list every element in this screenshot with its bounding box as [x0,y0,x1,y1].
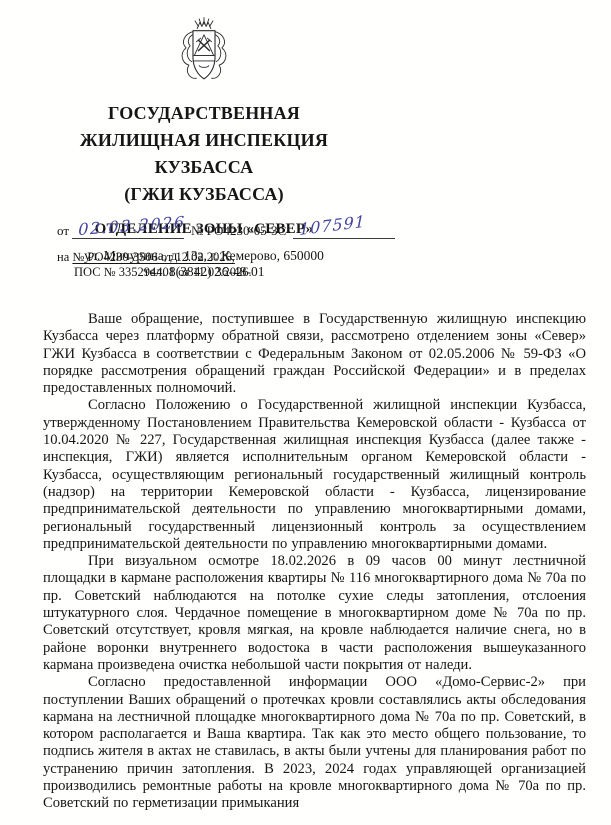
body-paragraph: Согласно Положению о Государственной жил… [43,397,586,553]
body-paragraph: Согласно предоставленной информации ООО … [43,674,586,812]
reply-reference-line-1: на № РО4230-3506 от 12.02.2026, [57,250,252,265]
organization-name-line: ГОСУДАРСТВЕННАЯ [0,100,408,127]
body-paragraph: При визуальном осмотре 18.02.2026 в 09 ч… [43,553,586,674]
reply-prefix: на [57,250,69,264]
coat-of-arms-icon [173,12,235,92]
letterhead: ГОСУДАРСТВЕННАЯ ЖИЛИЩНАЯ ИНСПЕКЦИЯ КУЗБА… [0,12,408,280]
ref-number-label: № РО4230-05-ЗС- [191,223,291,238]
organization-name: ГОСУДАРСТВЕННАЯ ЖИЛИЩНАЯ ИНСПЕКЦИЯ КУЗБА… [0,100,408,208]
outgoing-reference-line: от02.03.2026№ РО4230-05-ЗС-107591 [57,223,402,239]
organization-name-line: ЖИЛИЩНАЯ ИНСПЕКЦИЯ [0,127,408,154]
body-paragraph: Ваше обращение, поступившее в Государств… [43,311,586,397]
ref-from-label: от [57,223,69,238]
scanned-letter-page: ГОСУДАРСТВЕННАЯ ЖИЛИЩНАЯ ИНСПЕКЦИЯ КУЗБА… [0,0,611,825]
organization-name-line: КУЗБАССА [0,154,408,181]
ref-date-blank: 02.03.2026 [72,223,184,239]
organization-name-line: (ГЖИ КУЗБАССА) [0,181,408,208]
reply-number-underlined: № РО4230-3506 от 12.02.2026, [72,250,235,264]
letter-body: Ваше обращение, поступившее в Государств… [43,311,586,813]
reply-reference-block: на № РО4230-3506 от 12.02.2026, ПОС № 33… [57,250,252,280]
ref-number-blank: 107591 [293,223,395,239]
reply-reference-line-2: ПОС № 335294401 от 11.02.2026. [57,265,252,280]
